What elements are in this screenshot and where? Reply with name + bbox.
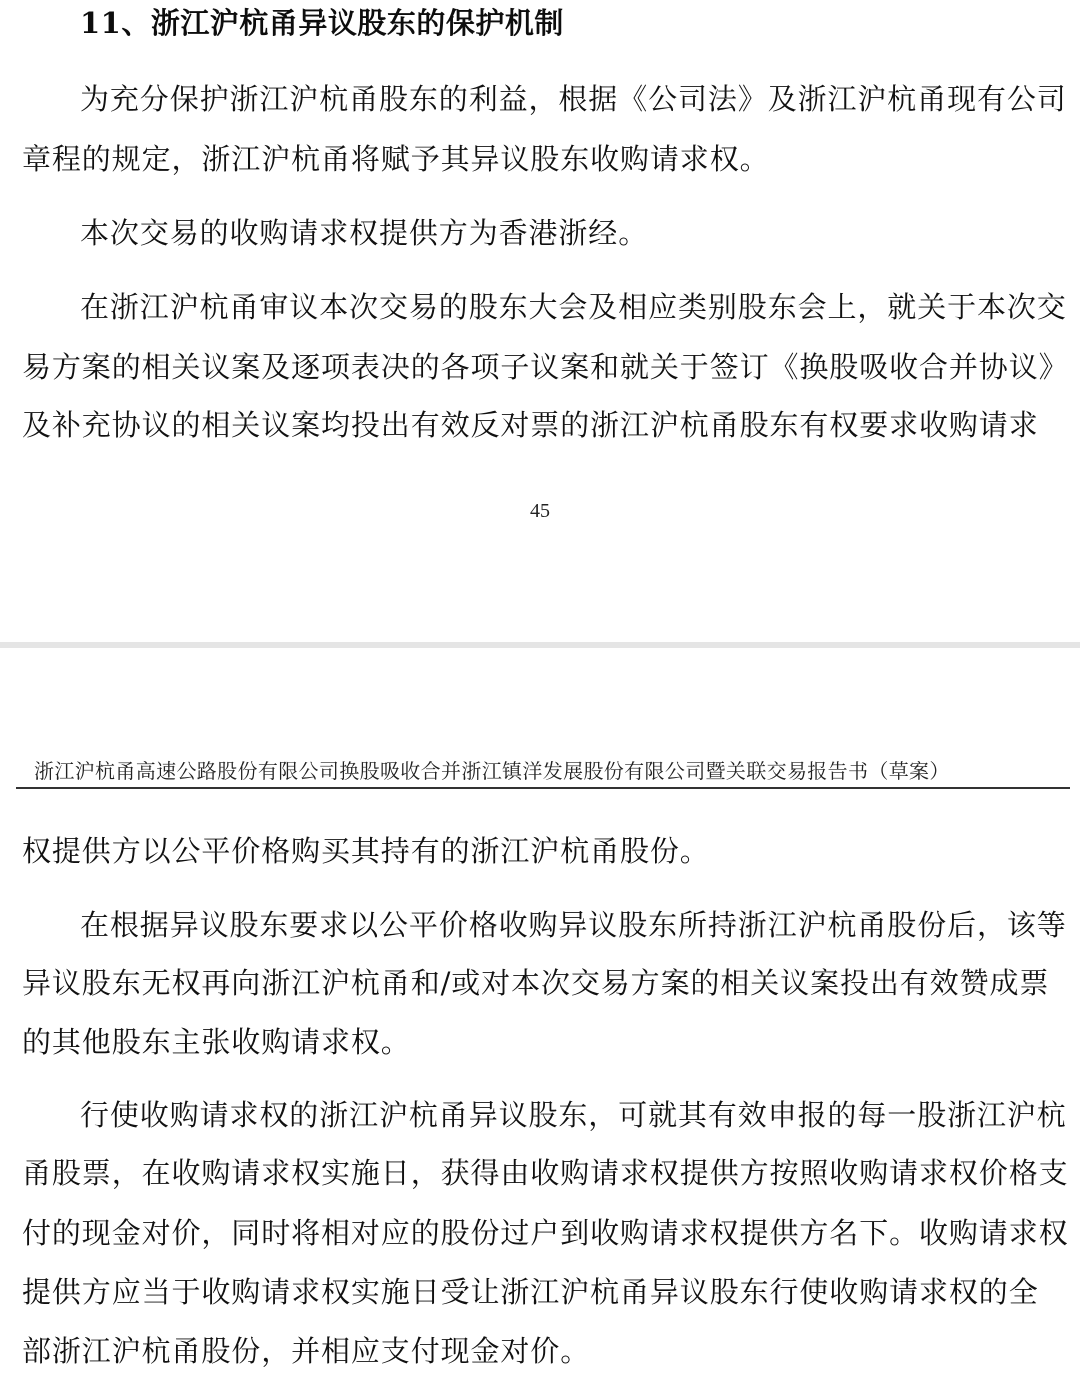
text-line: 的其他股东主张收购请求权。 xyxy=(22,1025,411,1059)
text-line: 行使收购请求权的浙江沪杭甬异议股东，可就其有效申报的每一股浙江沪杭 xyxy=(80,1098,1067,1132)
running-header: 浙江沪杭甬高速公路股份有限公司换股吸收合并浙江镇洋发展股份有限公司暨关联交易报告… xyxy=(34,758,950,784)
text-line: 部浙江沪杭甬股份，并相应支付现金对价。 xyxy=(22,1334,590,1368)
text-line: 为充分保护浙江沪杭甬股东的利益，根据《公司法》及浙江沪杭甬现有公司 xyxy=(80,82,1067,116)
text-line: 付的现金对价，同时将相对应的股份过户到收购请求权提供方名下。收购请求权 xyxy=(22,1216,1069,1250)
text-line: 章程的规定，浙江沪杭甬将赋予其异议股东收购请求权。 xyxy=(22,142,770,176)
text-line: 权提供方以公平价格购买其持有的浙江沪杭甬股份。 xyxy=(22,834,710,868)
text-line: 异议股东无权再向浙江沪杭甬和/或对本次交易方案的相关议案投出有效赞成票 xyxy=(22,966,1049,1000)
text-line: 甬股票，在收购请求权实施日，获得由收购请求权提供方按照收购请求权价格支 xyxy=(22,1156,1069,1190)
text-line: 及补充协议的相关议案均投出有效反对票的浙江沪杭甬股东有权要求收购请求 xyxy=(22,408,1039,442)
section-heading: 11、浙江沪杭甬异议股东的保护机制 xyxy=(80,6,564,40)
text-line: 在根据异议股东要求以公平价格收购异议股东所持浙江沪杭甬股份后，该等 xyxy=(80,908,1067,942)
document-page-46: 浙江沪杭甬高速公路股份有限公司换股吸收合并浙江镇洋发展股份有限公司暨关联交易报告… xyxy=(0,648,1080,1380)
text-line: 在浙江沪杭甬审议本次交易的股东大会及相应类别股东会上，就关于本次交 xyxy=(80,290,1067,324)
document-page-45: 11、浙江沪杭甬异议股东的保护机制 为充分保护浙江沪杭甬股东的利益，根据《公司法… xyxy=(0,0,1080,642)
text-line: 本次交易的收购请求权提供方为香港浙经。 xyxy=(80,216,648,250)
text-line: 提供方应当于收购请求权实施日受让浙江沪杭甬异议股东行使收购请求权的全 xyxy=(22,1275,1039,1309)
page-number: 45 xyxy=(0,498,1080,524)
text-line: 易方案的相关议案及逐项表决的各项子议案和就关于签订《换股吸收合并协议》 xyxy=(22,350,1069,384)
header-divider xyxy=(16,787,1070,789)
